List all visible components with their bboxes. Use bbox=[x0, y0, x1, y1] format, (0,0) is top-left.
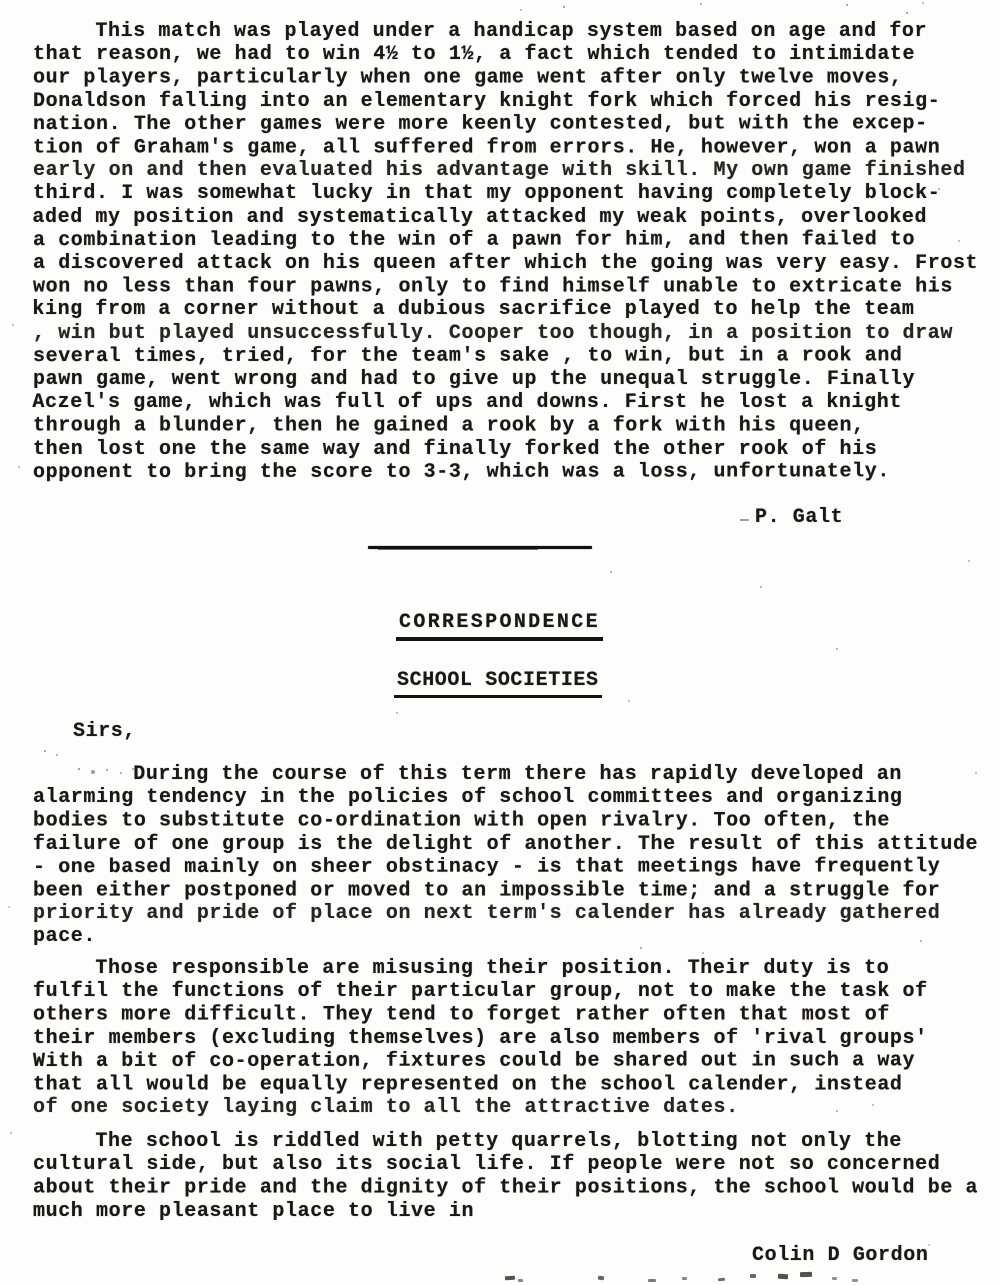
scan-artifact bbox=[832, 1277, 837, 1280]
text-line: a combination leading to the win of a pa… bbox=[33, 228, 978, 252]
text-line: through a blunder, then he gained a rook… bbox=[33, 415, 978, 438]
text-line: that reason, we had to win 4½ to 1½, a f… bbox=[33, 43, 978, 66]
text-line: cultural side, but also its social life.… bbox=[33, 1153, 978, 1176]
text-line: then lost one the same way and finally f… bbox=[33, 438, 978, 461]
letter-signature: Colin D Gordon bbox=[752, 1244, 928, 1267]
text-line: a discovered attack on his queen after w… bbox=[33, 252, 978, 275]
scan-artifact bbox=[648, 1279, 656, 1282]
text-line: nation. The other games were more keenly… bbox=[33, 112, 978, 136]
text-line: several times, tried, for the team's sak… bbox=[33, 344, 978, 368]
text-line: failure of one group is the delight of a… bbox=[33, 833, 978, 856]
letter-paragraph-1: During the course of this term there has… bbox=[33, 763, 978, 949]
text-line: The school is riddled with petty quarrel… bbox=[32, 1130, 977, 1153]
text-line: fulfil the functions of their particular… bbox=[33, 980, 928, 1003]
scan-artifact bbox=[778, 1274, 788, 1280]
scan-artifact bbox=[682, 1277, 687, 1280]
text-line: pawn game, went wrong and had to give up… bbox=[33, 368, 978, 391]
scanned-document-page: This match was played under a handicap s… bbox=[0, 0, 1000, 1285]
text-line: With a bit of co-operation, fixtures cou… bbox=[33, 1049, 928, 1073]
text-line: of one society laying claim to all the a… bbox=[33, 1096, 928, 1119]
scan-artifact bbox=[750, 1274, 756, 1278]
scan-artifact bbox=[518, 1279, 523, 1282]
text-line: won no less than four pawns, only to fin… bbox=[33, 276, 978, 299]
letter-paragraph-3: The school is riddled with petty quarrel… bbox=[33, 1130, 978, 1223]
text-line: Aczel's game, which was full of ups and … bbox=[32, 391, 977, 414]
text-line: pace. bbox=[33, 925, 978, 948]
scan-artifact bbox=[852, 1279, 858, 1282]
scan-noise-speckles bbox=[0, 0, 2, 2]
section-divider-rule bbox=[368, 546, 592, 549]
scan-artifact bbox=[505, 1276, 515, 1281]
text-line: much more pleasant place to live in bbox=[33, 1200, 978, 1223]
school-societies-heading: SCHOOL SOCIETIES bbox=[394, 669, 602, 698]
text-line: opponent to bring the score to 3-3, whic… bbox=[33, 460, 978, 484]
scan-artifact bbox=[740, 519, 749, 521]
letter-salutation: Sirs, bbox=[73, 720, 136, 743]
text-line: aded my position and systematically atta… bbox=[32, 206, 977, 229]
text-line: about their pride and the dignity of the… bbox=[33, 1177, 978, 1200]
text-line: our players, particularly when one game … bbox=[33, 67, 978, 90]
text-line: Those responsible are misusing their pos… bbox=[32, 957, 927, 980]
text-line: others more difficult. They tend to forg… bbox=[33, 1004, 928, 1027]
text-line: third. I was somewhat lucky in that my o… bbox=[33, 182, 978, 205]
match-report-signature: P. Galt bbox=[755, 506, 843, 529]
text-line: - one based mainly on sheer obstinacy - … bbox=[33, 855, 978, 879]
text-line: alarming tendency in the policies of sch… bbox=[33, 786, 978, 809]
text-line: early on and then evaluated his advantag… bbox=[33, 159, 978, 182]
scan-artifact bbox=[718, 1278, 725, 1282]
match-report-paragraph: This match was played under a handicap s… bbox=[33, 20, 978, 484]
scan-artifact bbox=[800, 1272, 812, 1277]
letter-paragraph-2: Those responsible are misusing their pos… bbox=[33, 957, 928, 1119]
text-line: their members (excluding themselves) are… bbox=[33, 1027, 928, 1050]
text-line: priority and pride of place on next term… bbox=[33, 902, 978, 925]
text-line: Donaldson falling into an elementary kni… bbox=[33, 90, 978, 113]
text-line: During the course of this term there has… bbox=[32, 763, 977, 786]
text-line: This match was played under a handicap s… bbox=[32, 20, 977, 43]
text-line: tion of Graham's game, all suffered from… bbox=[33, 137, 978, 160]
text-line: that all would be equally represented on… bbox=[33, 1074, 928, 1097]
text-line: king from a corner without a dubious sac… bbox=[32, 298, 977, 321]
text-line: bodies to substitute co-ordination with … bbox=[33, 810, 978, 833]
correspondence-heading: CORRESPONDENCE bbox=[396, 611, 603, 641]
text-line: been either postponed or moved to an imp… bbox=[33, 880, 978, 903]
text-line: , win but played unsuccessfully. Cooper … bbox=[33, 322, 978, 345]
scan-artifact bbox=[598, 1276, 604, 1281]
